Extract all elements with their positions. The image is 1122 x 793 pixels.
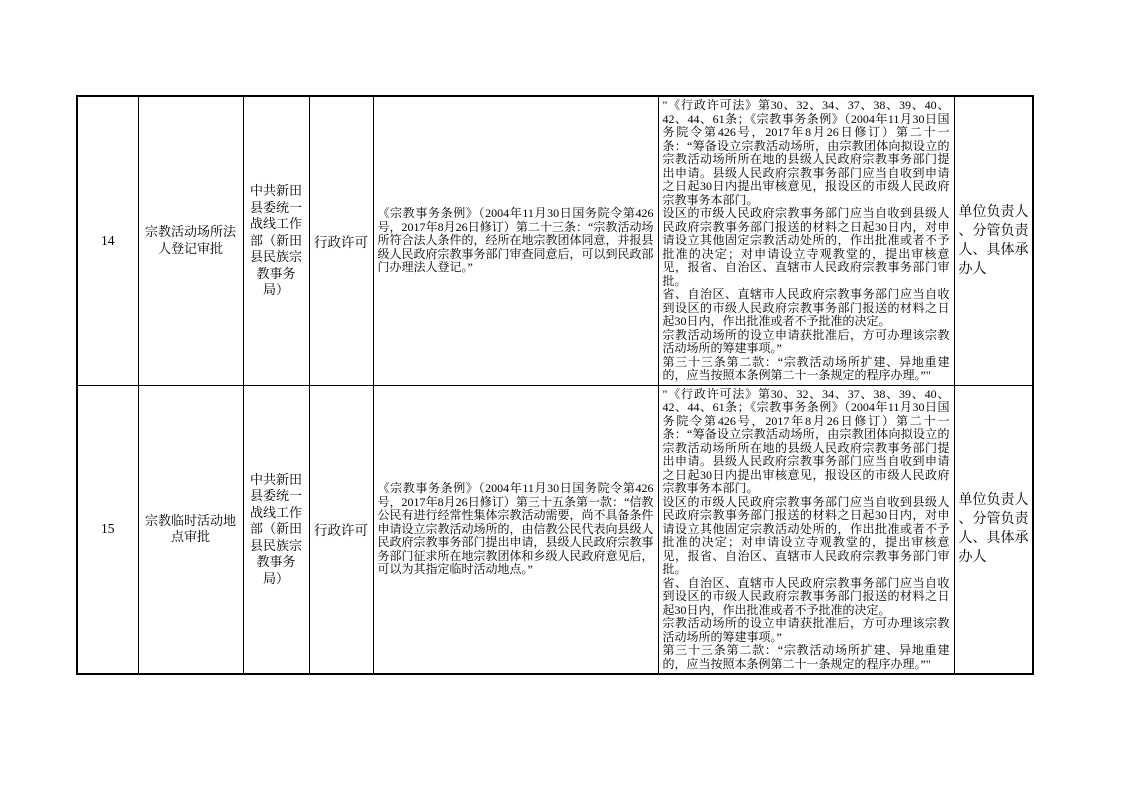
approval-type-cell: 行政许可 [309, 385, 373, 674]
approval-items-table: 14 宗教活动场所法人登记审批 中共新田县委统一战线工作部（新田县民族宗教事务局… [76, 95, 1034, 675]
seq-cell: 14 [77, 96, 138, 385]
department-cell: 中共新田县委统一战线工作部（新田县民族宗教事务局） [243, 96, 309, 385]
table-row: 15 宗教临时活动地点审批 中共新田县委统一战线工作部（新田县民族宗教事务局） … [77, 385, 1033, 674]
detail-basis-cell: "《行政许可法》第30、32、34、37、38、39、40、42、44、61条；… [658, 385, 954, 674]
department-cell: 中共新田县委统一战线工作部（新田县民族宗教事务局） [243, 385, 309, 674]
responsible-cell: 单位负责人、分管负责人、具体承办人 [954, 96, 1033, 385]
approval-type-cell: 行政许可 [309, 96, 373, 385]
detail-basis-cell: "《行政许可法》第30、32、34、37、38、39、40、42、44、61条；… [658, 96, 954, 385]
item-name-cell: 宗教临时活动地点审批 [138, 385, 243, 674]
legal-basis-cell: 《宗教事务条例》（2004年11月30日国务院令第426号，2017年8月26日… [373, 385, 658, 674]
table-row: 14 宗教活动场所法人登记审批 中共新田县委统一战线工作部（新田县民族宗教事务局… [77, 96, 1033, 385]
legal-basis-cell: 《宗教事务条例》（2004年11月30日国务院令第426号，2017年8月26日… [373, 96, 658, 385]
seq-cell: 15 [77, 385, 138, 674]
document-page: 14 宗教活动场所法人登记审批 中共新田县委统一战线工作部（新田县民族宗教事务局… [0, 0, 1122, 793]
item-name-cell: 宗教活动场所法人登记审批 [138, 96, 243, 385]
responsible-cell: 单位负责人、分管负责人、具体承办人 [954, 385, 1033, 674]
